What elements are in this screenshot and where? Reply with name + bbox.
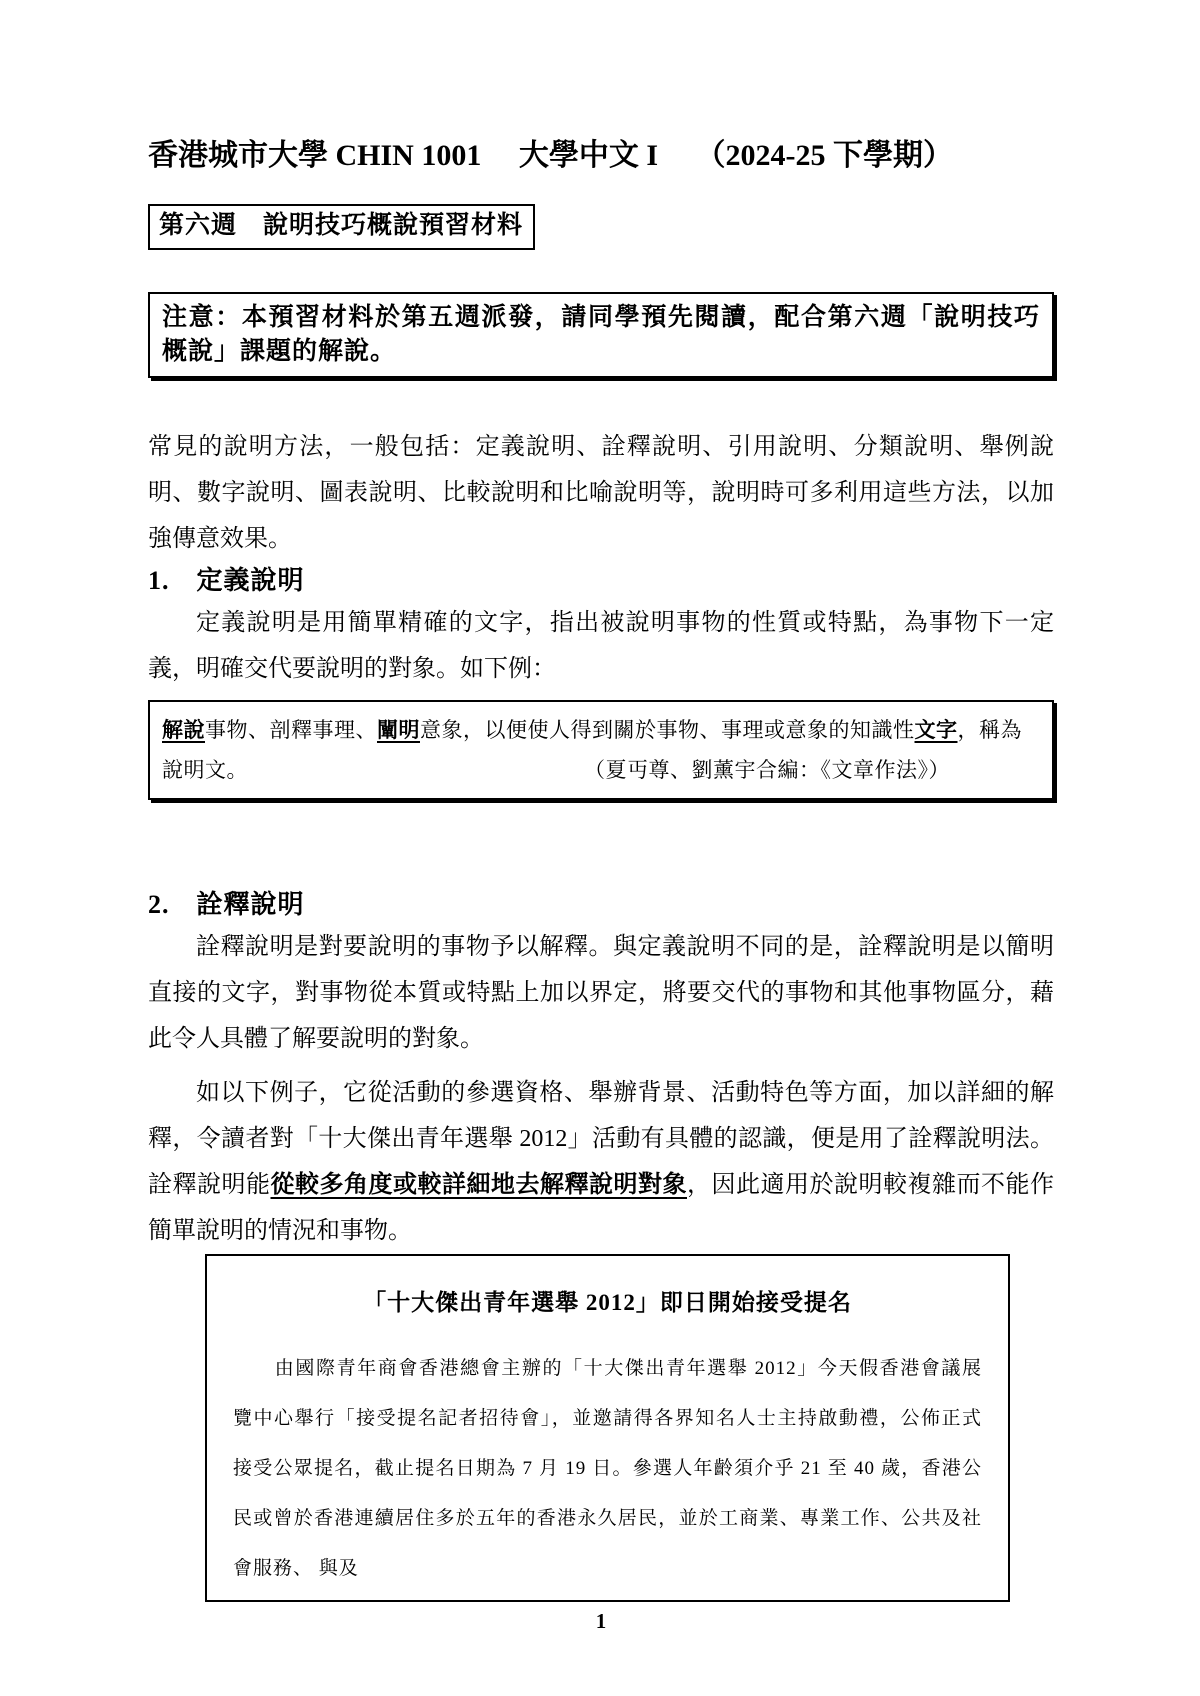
example-article-body: 由國際青年商會香港總會主辦的「十大傑出青年選舉 2012」今天假香港會議展覽中心… — [233, 1344, 982, 1594]
document-page: 香港城市大學 CHIN 1001 大學中文 I （2024-25 下學期） 第六… — [0, 0, 1200, 1696]
quote-text-segment: 說明文。 — [162, 750, 248, 790]
intro-paragraph: 常見的說明方法，一般包括：定義說明、詮釋說明、引用說明、分類說明、舉例說明、數字… — [148, 424, 1054, 562]
quote-text-segment: 意象，以便使人得到關於事物、事理或意象的知識性 — [420, 718, 915, 742]
quote-text-segment: 事物、剖釋事理、 — [205, 718, 377, 742]
emphasis-text: 從較多角度或較詳細地去解釋說明對象 — [271, 1172, 688, 1198]
example-article-box: 「十大傑出青年選舉 2012」即日開始接受提名 由國際青年商會香港總會主辦的「十… — [205, 1254, 1010, 1602]
section2-heading: 2. 詮釋說明 — [148, 886, 1054, 924]
quote-term-chanming: 闡明 — [377, 718, 420, 742]
section2-paragraph-2: 如以下例子，它從活動的參選資格、舉辦背景、活動特色等方面，加以詳細的解釋，令讀者… — [148, 1070, 1054, 1254]
quote-line-1: 解說事物、剖釋事理、闡明意象，以便使人得到關於事物、事理或意象的知識性文字，稱為 — [162, 710, 1040, 750]
course-header: 香港城市大學 CHIN 1001 大學中文 I （2024-25 下學期） — [148, 138, 1054, 174]
quote-text-segment: ，稱為 — [958, 718, 1023, 742]
section2-paragraph-1: 詮釋說明是對要說明的事物予以解釋。與定義說明不同的是，詮釋說明是以簡明直接的文字… — [148, 924, 1054, 1062]
section1-paragraph: 定義說明是用簡單精確的文字，指出被說明事物的性質或特點，為事物下一定義，明確交代… — [148, 600, 1054, 692]
notice-text: 注意：本預習材料於第五週派發，請同學預先閱讀，配合第六週「說明技巧概說」課題的解… — [162, 304, 1040, 365]
quote-term-jieshuo: 解說 — [162, 718, 205, 742]
quote-term-wenzi: 文字 — [915, 718, 958, 742]
example-article-title: 「十大傑出青年選舉 2012」即日開始接受提名 — [233, 1286, 982, 1320]
quote-line-2: 說明文。 （夏丏尊、劉薰宇合編：《文章作法》） — [162, 750, 1040, 790]
section1-heading: 1. 定義說明 — [148, 562, 1054, 600]
definition-quote-box: 解說事物、剖釋事理、闡明意象，以便使人得到關於事物、事理或意象的知識性文字，稱為… — [148, 700, 1054, 800]
notice-box: 注意：本預習材料於第五週派發，請同學預先閱讀，配合第六週「說明技巧概說」課題的解… — [148, 292, 1054, 378]
week-title: 第六週 說明技巧概說預習材料 — [159, 212, 523, 239]
quote-source: （夏丏尊、劉薰宇合編：《文章作法》） — [584, 750, 950, 790]
page-number: 1 — [148, 1608, 1054, 1634]
week-title-box: 第六週 說明技巧概說預習材料 — [148, 204, 535, 250]
